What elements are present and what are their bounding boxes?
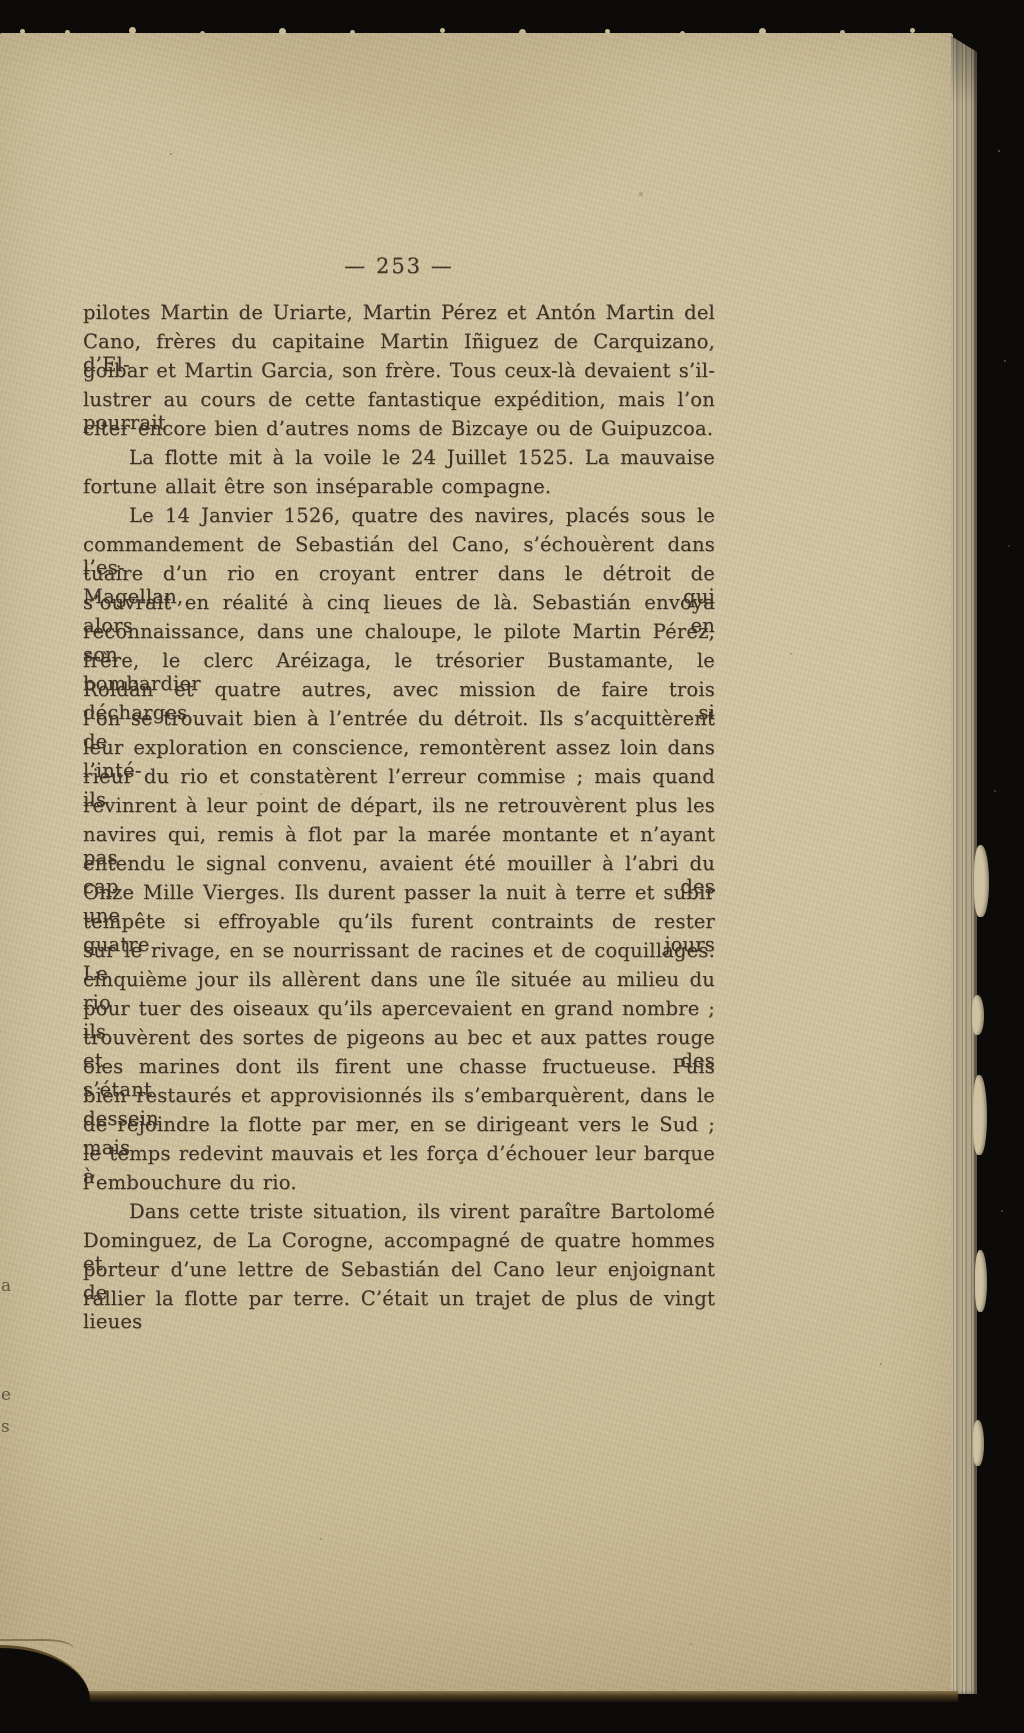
- text-line: pour tuer des oiseaux qu’ils apercevaien…: [83, 997, 715, 1026]
- text-line: La flotte mit à la voile le 24 Juillet 1…: [83, 446, 715, 475]
- gutter-shadow: [0, 33, 70, 1694]
- text-line: Onze Mille Vierges. Ils durent passer la…: [83, 881, 715, 910]
- text-line: s’ouvrait en réalité à cinq lieues de là…: [83, 591, 715, 620]
- page-bottom-edge: [0, 1691, 958, 1702]
- text-line: navires qui, remis à flot par la marée m…: [83, 823, 715, 852]
- torn-paper-bit: [973, 1075, 987, 1155]
- page-number: — 253 —: [83, 254, 715, 278]
- text-line: commandement de Sebastián del Cano, s’éc…: [83, 533, 715, 562]
- torn-paper-bit: [975, 1250, 987, 1312]
- text-line: lustrer au cours de cette fantastique ex…: [83, 388, 715, 417]
- torn-top-edge: [20, 29, 25, 34]
- text-line: l’on se trouvait bien à l’entrée du détr…: [83, 707, 715, 736]
- text-block: pilotes Martin de Uriarte, Martin Pérez …: [83, 301, 715, 1316]
- dust-specks: [998, 150, 1000, 152]
- text-line: tempête si effroyable qu’ils furent cont…: [83, 910, 715, 939]
- text-line: bien restaurés et approvisionnés ils s’e…: [83, 1084, 715, 1113]
- text-line: porteur d’une lettre de Sebastián del Ca…: [83, 1258, 715, 1287]
- book-page: — 253 — pilotes Martin de Uriarte, Marti…: [0, 33, 953, 1694]
- text-line: le temps redevint mauvais et les força d…: [83, 1142, 715, 1171]
- text-line: reconnaissance, dans une chaloupe, le pi…: [83, 620, 715, 649]
- foxing-specks: [170, 153, 172, 155]
- scan-background: — 253 — pilotes Martin de Uriarte, Marti…: [0, 0, 1024, 1733]
- edge-ghost-letter: a: [1, 1276, 11, 1296]
- edge-ghost-letter: s: [1, 1417, 10, 1437]
- text-line: pilotes Martin de Uriarte, Martin Pérez …: [83, 301, 715, 330]
- text-line: goibar et Martin Garcia, son frère. Tous…: [83, 359, 715, 388]
- text-line: de rejoindre la flotte par mer, en se di…: [83, 1113, 715, 1142]
- text-line: cinquième jour ils allèrent dans une île…: [83, 968, 715, 997]
- text-line: Le 14 Janvier 1526, quatre des navires, …: [83, 504, 715, 533]
- text-line: oies marines dont ils firent une chasse …: [83, 1055, 715, 1084]
- text-line: Roldán et quatre autres, avec mission de…: [83, 678, 715, 707]
- edge-ghost-letter: e: [1, 1385, 11, 1405]
- torn-paper-bit: [974, 845, 989, 917]
- text-line: leur exploration en conscience, remontèr…: [83, 736, 715, 765]
- torn-paper-bit: [973, 1420, 984, 1466]
- torn-paper-bit: [972, 995, 984, 1035]
- text-line: Dominguez, de La Corogne, accompagné de …: [83, 1229, 715, 1258]
- text-line: citer encore bien d’autres noms de Bizca…: [83, 417, 715, 446]
- text-line: sur le rivage, en se nourrissant de raci…: [83, 939, 715, 968]
- text-line: l’embouchure du rio.: [83, 1171, 715, 1200]
- text-line: frère, le clerc Aréizaga, le trésorier B…: [83, 649, 715, 678]
- text-line: entendu le signal convenu, avaient été m…: [83, 852, 715, 881]
- text-line: fortune allait être son inséparable comp…: [83, 475, 715, 504]
- text-line: Dans cette triste situation, ils virent …: [83, 1200, 715, 1229]
- text-line: revinrent à leur point de départ, ils ne…: [83, 794, 715, 823]
- text-line: rieur du rio et constatèrent l’erreur co…: [83, 765, 715, 794]
- text-line: rallier la flotte par terre. C’était un …: [83, 1287, 715, 1316]
- text-line: Cano, frères du capitaine Martin Iñiguez…: [83, 330, 715, 359]
- text-line: tuaire d’un rio en croyant entrer dans l…: [83, 562, 715, 591]
- text-line: trouvèrent des sortes de pigeons au bec …: [83, 1026, 715, 1055]
